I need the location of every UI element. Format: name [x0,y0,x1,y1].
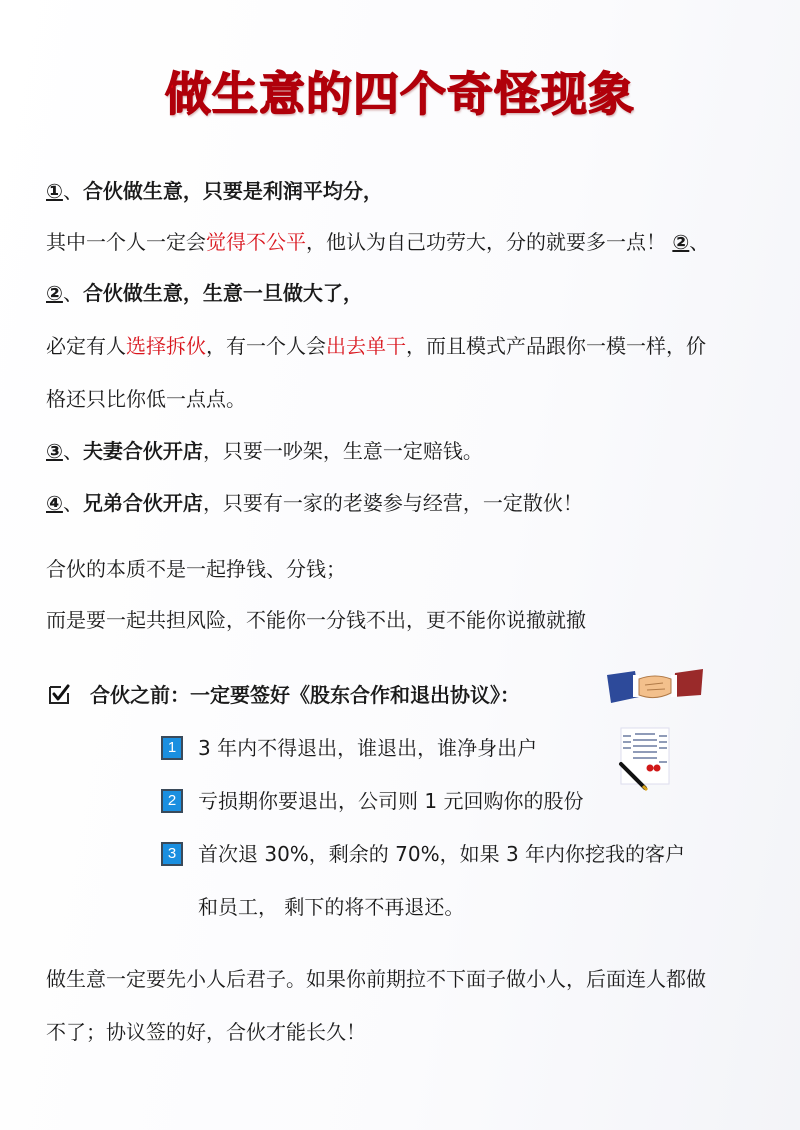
item-2-body-line2: 格还只比你低一点点。 [46,385,246,413]
conclusion-line-2: 不了；协议签的好，合伙才能长久！ [46,1018,366,1046]
highlight-text: 觉得不公平 [206,230,306,254]
highlight-text: 选择拆伙 [126,334,206,358]
agreement-point-2: 亏损期你要退出，公司则 1 元回购你的股份 [198,787,583,815]
essence-line-1: 合伙的本质不是一起挣钱、分钱； [46,555,346,583]
item-number: ① [46,179,63,203]
item-3: ③、夫妻合伙开店，只要一吵架，生意一定赔钱。 [46,437,483,465]
handshake-icon [605,665,705,710]
item-number: ④ [46,491,63,515]
item-heading-text: 夫妻合伙开店 [83,439,203,463]
item-number: ③ [46,439,63,463]
essence-line-2: 而是要一起共担风险，不能你一分钱不出，更不能你说撤就撤 [46,606,586,634]
agreement-point-1: 3 年内不得退出，谁退出，谁净身出户 [198,734,537,762]
item-4: ④、兄弟合伙开店，只要有一家的老婆参与经营，一定散伙！ [46,489,583,517]
checkbox-checked-icon [48,683,70,705]
item-1-body: 其中一个人一定会觉得不公平，他认为自己功劳大，分的就要多一点！ ②、 [46,228,709,256]
highlight-text: 出去单干 [326,334,406,358]
number-badge-1: 1 [161,736,183,760]
contract-document-icon [615,722,675,792]
agreement-heading: 合伙之前：一定要签好《股东合作和退出协议》： [90,681,520,709]
item-heading-text: 兄弟合伙开店 [83,491,203,515]
page-title: 做生意的四个奇怪现象 [0,58,800,124]
item-heading-text: 合伙做生意，只要是利润平均分， [83,179,383,203]
item-2-body: 必定有人选择拆伙，有一个人会出去单干，而且模式产品跟你一模一样，价 [46,332,706,360]
item-1-heading: ①、合伙做生意，只要是利润平均分， [46,177,383,205]
number-badge-2: 2 [161,789,183,813]
item-2-heading: ②、合伙做生意，生意一旦做大了， [46,279,363,307]
item-heading-text: 合伙做生意，生意一旦做大了， [83,281,363,305]
item-number: ② [46,281,63,305]
conclusion-line-1: 做生意一定要先小人后君子。如果你前期拉不下面子做小人，后面连人都做 [46,965,706,993]
agreement-point-3: 首次退 30%，剩余的 70%，如果 3 年内你挖我的客户 [198,840,685,868]
number-badge-3: 3 [161,842,183,866]
agreement-point-3-line2: 和员工， 剩下的将不再退还。 [198,893,464,921]
